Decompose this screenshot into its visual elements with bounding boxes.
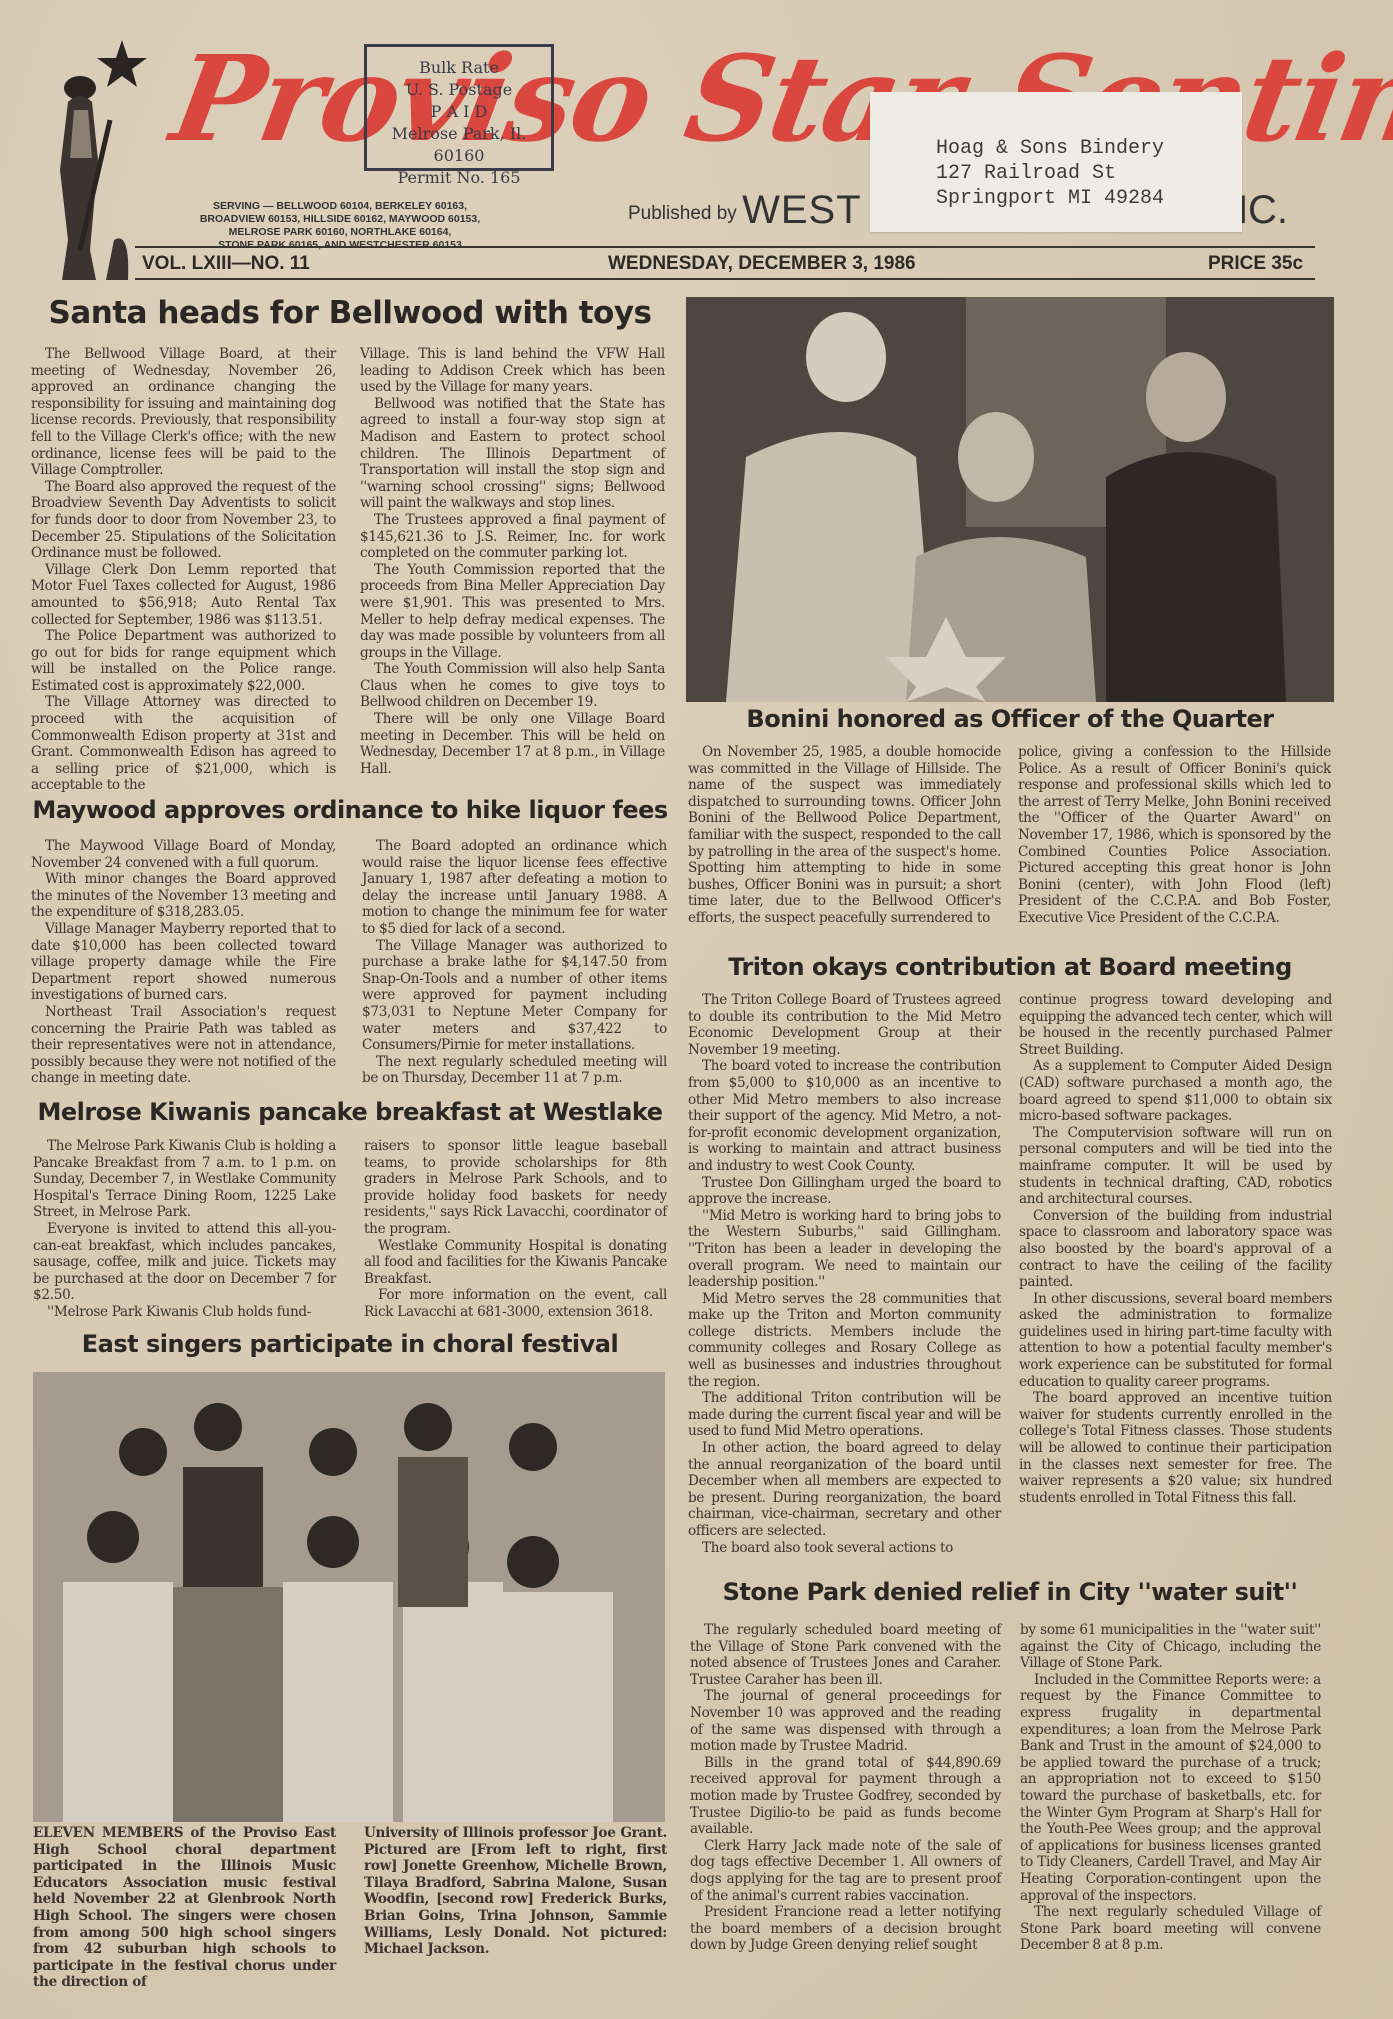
paragraph: The Village Manager was authorized to pu… (362, 938, 667, 1054)
paragraph: Village. This is land behind the VFW Hal… (360, 346, 665, 396)
masthead-rule-bottom (135, 278, 1315, 280)
stamp-line: Bulk Rate (367, 57, 551, 79)
headline-bonini: Bonini honored as Officer of the Quarter (686, 705, 1334, 733)
headline-kiwanis: Melrose Kiwanis pancake breakfast at Wes… (30, 1098, 670, 1126)
article-kiwanis-col2: raisers to sponsor little league basebal… (364, 1138, 667, 1321)
issue-date: WEDNESDAY, DECEMBER 3, 1986 (608, 253, 916, 275)
stamp-line: U. S. Postage (367, 79, 551, 101)
paragraph: ''Mid Metro is working hard to bring job… (688, 1208, 1001, 1291)
paragraph: Clerk Harry Jack made note of the sale o… (690, 1838, 1001, 1904)
choral-caption-col2: University of Illinois professor Joe Gra… (364, 1825, 667, 1958)
masthead-rule-top (135, 246, 1315, 248)
paragraph: Conversion of the building from industri… (1019, 1208, 1332, 1291)
article-triton-col1: The Triton College Board of Trustees agr… (688, 992, 1001, 1556)
article-stonepark-col1: The regularly scheduled board meeting of… (690, 1622, 1001, 1954)
choral-group-photo (33, 1372, 665, 1822)
paragraph: The Bellwood Village Board, at their mee… (31, 346, 336, 479)
stamp-line: P A I D (367, 101, 551, 123)
caption-text: ELEVEN MEMBERS of the Proviso East High … (33, 1825, 336, 1991)
paragraph: raisers to sponsor little league basebal… (364, 1138, 667, 1238)
stamp-line: Permit No. 165 (367, 167, 551, 189)
paragraph: Mid Metro serves the 28 communities that… (688, 1291, 1001, 1391)
caption-text: University of Illinois professor Joe Gra… (364, 1825, 667, 1958)
paragraph: The Village Attorney was directed to pro… (31, 694, 336, 794)
article-maywood-col1: The Maywood Village Board of Monday, Nov… (31, 838, 336, 1087)
published-by-label: Published by (628, 203, 737, 224)
paragraph: The Board also approved the request of t… (31, 479, 336, 562)
minuteman-with-star-icon (40, 40, 150, 285)
paragraph: For more information on the event, call … (364, 1287, 667, 1320)
paragraph: The Youth Commission will also help Sant… (360, 661, 665, 711)
bulk-rate-postage-stamp: Bulk Rate U. S. Postage P A I D Melrose … (364, 44, 554, 171)
paragraph: In other discussions, several board memb… (1019, 1291, 1332, 1391)
paragraph: The next regularly scheduled Village of … (1020, 1904, 1321, 1954)
paragraph: The board also took several actions to (688, 1540, 1001, 1557)
paragraph: Village Manager Mayberry reported that t… (31, 921, 336, 1004)
paragraph: The Computervision software will run on … (1019, 1125, 1332, 1208)
paragraph: The Youth Commission reported that the p… (360, 562, 665, 662)
article-bonini-col1: On November 25, 1985, a double homocide … (688, 744, 1001, 927)
paragraph: The Police Department was authorized to … (31, 628, 336, 694)
mailing-address-label: Hoag & Sons Bindery 127 Railroad St Spri… (870, 92, 1242, 232)
headline-santa: Santa heads for Bellwood with toys (30, 295, 670, 331)
paragraph: The additional Triton contribution will … (688, 1390, 1001, 1440)
article-maywood-col2: The Board adopted an ordinance which wou… (362, 838, 667, 1087)
paragraph: The board voted to increase the contribu… (688, 1058, 1001, 1174)
paragraph: The Board adopted an ordinance which wou… (362, 838, 667, 938)
stamp-line: Melrose Park, Il. 60160 (367, 123, 551, 167)
serving-line: MELROSE PARK 60160, NORTHLAKE 60164, (170, 226, 510, 239)
paragraph: The Triton College Board of Trustees agr… (688, 992, 1001, 1058)
paragraph: Bills in the grand total of $44,890.69 r… (690, 1755, 1001, 1838)
paragraph: The Trustees approved a final payment of… (360, 512, 665, 562)
address-line: Springport MI 49284 (936, 186, 1242, 211)
article-santa-col2: Village. This is land behind the VFW Hal… (360, 346, 665, 777)
headline-maywood: Maywood approves ordinance to hike liquo… (30, 796, 670, 824)
article-kiwanis-col1: The Melrose Park Kiwanis Club is holding… (33, 1138, 336, 1321)
headline-choral: East singers participate in choral festi… (30, 1330, 670, 1358)
serving-line: BROADVIEW 60153, HILLSIDE 60162, MAYWOOD… (170, 213, 510, 226)
paragraph: police, giving a confession to the Hills… (1018, 744, 1331, 927)
headline-triton: Triton okays contribution at Board meeti… (686, 953, 1334, 981)
paragraph: Trustee Don Gillingham urged the board t… (688, 1175, 1001, 1208)
paragraph: by some 61 municipalities in the ''water… (1020, 1622, 1321, 1672)
paragraph: President Francione read a letter notify… (690, 1904, 1001, 1954)
choral-caption-col1: ELEVEN MEMBERS of the Proviso East High … (33, 1825, 336, 1991)
paragraph: There will be only one Village Board mee… (360, 711, 665, 777)
serving-line: SERVING — BELLWOOD 60104, BERKELEY 60163… (170, 200, 510, 213)
headline-stone-park: Stone Park denied relief in City ''water… (686, 1578, 1334, 1606)
paragraph: With minor changes the Board approved th… (31, 871, 336, 921)
paragraph: In other action, the board agreed to del… (688, 1440, 1001, 1540)
article-bonini-col2: police, giving a confession to the Hills… (1018, 744, 1331, 927)
paragraph: Included in the Committee Reports were: … (1020, 1672, 1321, 1904)
paragraph: The Maywood Village Board of Monday, Nov… (31, 838, 336, 871)
paragraph: The Melrose Park Kiwanis Club is holding… (33, 1138, 336, 1221)
paragraph: The board approved an incentive tuition … (1019, 1390, 1332, 1506)
paragraph: Northeast Trail Association's request co… (31, 1004, 336, 1087)
serving-areas: SERVING — BELLWOOD 60104, BERKELEY 60163… (170, 200, 510, 252)
paragraph: ''Melrose Park Kiwanis Club holds fund- (33, 1304, 336, 1321)
bonini-award-photo (686, 297, 1334, 702)
publisher-line: Published by WEST INC. (628, 188, 862, 233)
paragraph: Everyone is invited to attend this all-y… (33, 1221, 336, 1304)
paragraph: Bellwood was notified that the State has… (360, 396, 665, 512)
paragraph: The next regularly scheduled meeting wil… (362, 1054, 667, 1087)
article-stonepark-col2: by some 61 municipalities in the ''water… (1020, 1622, 1321, 1954)
publisher-name-start: WEST (742, 188, 862, 232)
article-santa-col1: The Bellwood Village Board, at their mee… (31, 346, 336, 794)
paragraph: On November 25, 1985, a double homocide … (688, 744, 1001, 927)
paragraph: Village Clerk Don Lemm reported that Mot… (31, 562, 336, 628)
address-line: Hoag & Sons Bindery (936, 136, 1242, 161)
paragraph: As a supplement to Computer Aided Design… (1019, 1058, 1332, 1124)
paragraph: continue progress toward developing and … (1019, 992, 1332, 1058)
volume-number: VOL. LXIII—NO. 11 (142, 253, 310, 275)
article-triton-col2: continue progress toward developing and … (1019, 992, 1332, 1506)
paragraph: The journal of general proceedings for N… (690, 1688, 1001, 1754)
address-line: 127 Railroad St (936, 161, 1242, 186)
paragraph: The regularly scheduled board meeting of… (690, 1622, 1001, 1688)
price: PRICE 35c (1208, 253, 1303, 275)
paragraph: Westlake Community Hospital is donating … (364, 1238, 667, 1288)
